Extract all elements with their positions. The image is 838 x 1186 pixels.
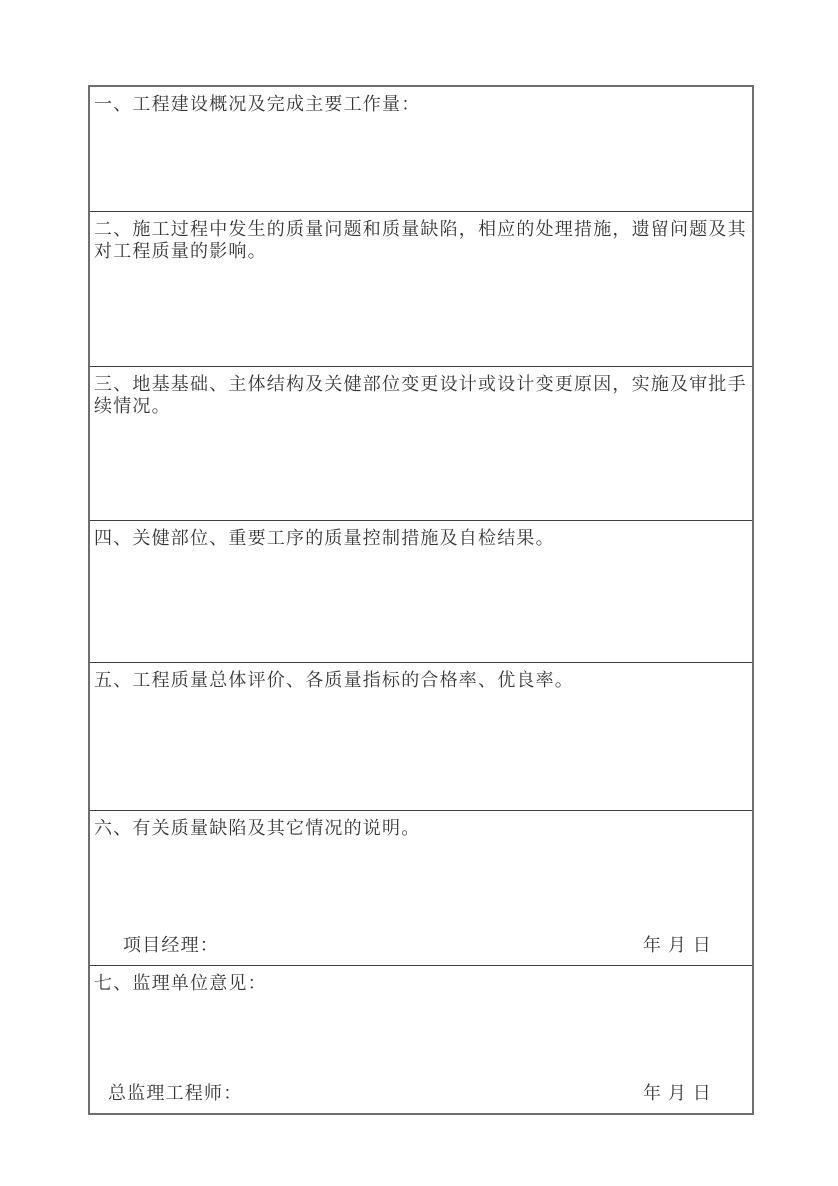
date-label: 年 月 日 bbox=[643, 1082, 712, 1104]
project-manager-label: 项目经理： bbox=[94, 934, 219, 956]
section-row-6: 六、有关质量缺陷及其它情况的说明。 项目经理： 年 月 日 bbox=[90, 811, 752, 966]
chief-supervisor-signature-line: 总监理工程师： 年 月 日 bbox=[94, 1082, 752, 1104]
section-row-2: 二、施工过程中发生的质量问题和质量缺陷，相应的处理措施，遗留问题及其对工程质量的… bbox=[90, 212, 752, 367]
section-row-3: 三、地基基础、主体结构及关健部位变更设计或设计变更原因，实施及审批手续情况。 bbox=[90, 367, 752, 521]
quality-report-form-table: 一、工程建设概况及完成主要工作量： 二、施工过程中发生的质量问题和质量缺陷，相应… bbox=[88, 85, 754, 1115]
date-label: 年 月 日 bbox=[643, 934, 712, 956]
section-2-title: 二、施工过程中发生的质量问题和质量缺陷，相应的处理措施，遗留问题及其对工程质量的… bbox=[94, 218, 752, 262]
section-4-title: 四、关健部位、重要工序的质量控制措施及自检结果。 bbox=[94, 527, 752, 549]
chief-supervisor-label: 总监理工程师： bbox=[94, 1082, 242, 1104]
section-7-title: 七、监理单位意见： bbox=[94, 972, 752, 994]
section-row-5: 五、工程质量总体评价、各质量指标的合格率、优良率。 bbox=[90, 663, 752, 811]
document-page: 一、工程建设概况及完成主要工作量： 二、施工过程中发生的质量问题和质量缺陷，相应… bbox=[0, 0, 838, 1186]
section-5-title: 五、工程质量总体评价、各质量指标的合格率、优良率。 bbox=[94, 669, 752, 691]
section-3-title: 三、地基基础、主体结构及关健部位变更设计或设计变更原因，实施及审批手续情况。 bbox=[94, 373, 752, 417]
section-row-7: 七、监理单位意见： 总监理工程师： 年 月 日 bbox=[90, 966, 752, 1113]
section-row-1: 一、工程建设概况及完成主要工作量： bbox=[90, 87, 752, 212]
project-manager-signature-line: 项目经理： 年 月 日 bbox=[94, 934, 752, 956]
section-6-title: 六、有关质量缺陷及其它情况的说明。 bbox=[94, 817, 752, 839]
section-1-title: 一、工程建设概况及完成主要工作量： bbox=[94, 93, 752, 115]
section-row-4: 四、关健部位、重要工序的质量控制措施及自检结果。 bbox=[90, 521, 752, 663]
